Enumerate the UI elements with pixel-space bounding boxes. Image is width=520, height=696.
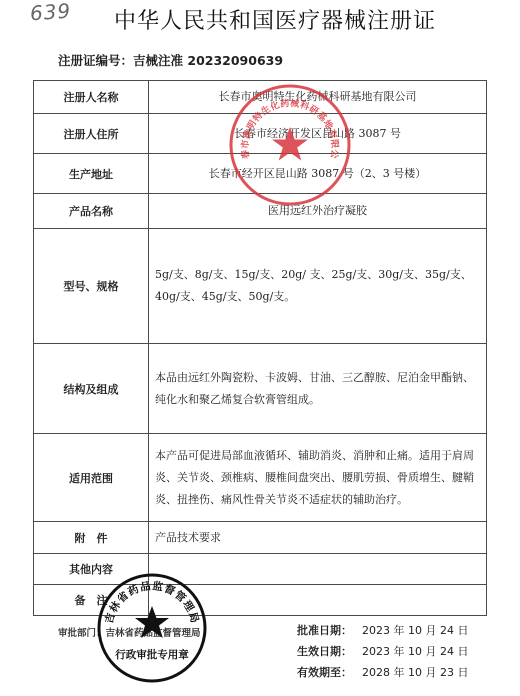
row-label: 备 注: [34, 585, 149, 616]
effective-date: 生效日期：2023 年 10 月 24 日: [297, 641, 468, 662]
authority-seal-bottom-text: 行政审批专用章: [115, 648, 189, 661]
row-value: 长春市经开区昆山路 3087 号（2、3 号楼）: [149, 154, 487, 194]
date-value: 2023 年 10 月 24 日: [362, 645, 468, 658]
row-value: [149, 554, 487, 585]
row-value: 长春市经济开发区昆山路 3087 号: [149, 114, 487, 154]
row-label: 结构及组成: [34, 344, 149, 434]
date-label: 批准日期：: [297, 624, 352, 637]
table-row-model-spec: 型号、规格 5g/支、8g/支、15g/支、20g/ 支、25g/支、30g/支…: [34, 229, 487, 344]
date-label: 生效日期：: [297, 645, 352, 658]
table-row-product-name: 产品名称 医用远红外治疗凝胶: [34, 194, 487, 229]
row-label: 其他内容: [34, 554, 149, 585]
row-label: 适用范围: [34, 434, 149, 522]
table-row-registrant-name: 注册人名称 长春市奥明特生化药械科研基地有限公司: [34, 81, 487, 114]
row-value: 本产品可促进局部血液循环、辅助消炎、消肿和止痛。适用于肩周炎、关节炎、颈椎病、腰…: [149, 434, 487, 522]
registration-number: 注册证编号：吉械注准 20232090639: [58, 51, 283, 69]
row-label: 生产地址: [34, 154, 149, 194]
date-block: 批准日期：2023 年 10 月 24 日 生效日期：2023 年 10 月 2…: [297, 620, 468, 683]
row-label: 产品名称: [34, 194, 149, 229]
approval-department: 审批部门：吉林省药品监督管理局: [58, 625, 201, 639]
registration-number-value: 吉械注准 20232090639: [133, 53, 283, 68]
row-value: 本品由远红外陶瓷粉、卡波姆、甘油、三乙醇胺、尼泊金甲酯钠、纯化水和聚乙烯复合软膏…: [149, 344, 487, 434]
row-label: 型号、规格: [34, 229, 149, 344]
row-label: 附 件: [34, 522, 149, 554]
expiry-date: 有效期至：2028 年 10 月 23 日: [297, 662, 468, 683]
date-value: 2028 年 10 月 23 日: [362, 666, 468, 679]
table-row-composition: 结构及组成 本品由远红外陶瓷粉、卡波姆、甘油、三乙醇胺、尼泊金甲酯钠、纯化水和聚…: [34, 344, 487, 434]
row-value: 产品技术要求: [149, 522, 487, 554]
row-value: [149, 585, 487, 616]
certificate-title: 中华人民共和国医疗器械注册证: [0, 4, 520, 35]
certificate-table: 注册人名称 长春市奥明特生化药械科研基地有限公司 注册人住所 长春市经济开发区昆…: [33, 80, 487, 616]
row-value: 5g/支、8g/支、15g/支、20g/ 支、25g/支、30g/支、35g/支…: [149, 229, 487, 344]
table-row-production-address: 生产地址 长春市经开区昆山路 3087 号（2、3 号楼）: [34, 154, 487, 194]
row-label: 注册人名称: [34, 81, 149, 114]
table-row-scope: 适用范围 本产品可促进局部血液循环、辅助消炎、消肿和止痛。适用于肩周炎、关节炎、…: [34, 434, 487, 522]
date-label: 有效期至：: [297, 666, 352, 679]
approval-date: 批准日期：2023 年 10 月 24 日: [297, 620, 468, 641]
table-row-registrant-address: 注册人住所 长春市经济开发区昆山路 3087 号: [34, 114, 487, 154]
table-row-remarks: 备 注: [34, 585, 487, 616]
table-row-other: 其他内容: [34, 554, 487, 585]
table-row-attachment: 附 件 产品技术要求: [34, 522, 487, 554]
registration-number-label: 注册证编号：: [58, 53, 133, 68]
row-value: 医用远红外治疗凝胶: [149, 194, 487, 229]
date-value: 2023 年 10 月 24 日: [362, 624, 468, 637]
row-value: 长春市奥明特生化药械科研基地有限公司: [149, 81, 487, 114]
row-label: 注册人住所: [34, 114, 149, 154]
